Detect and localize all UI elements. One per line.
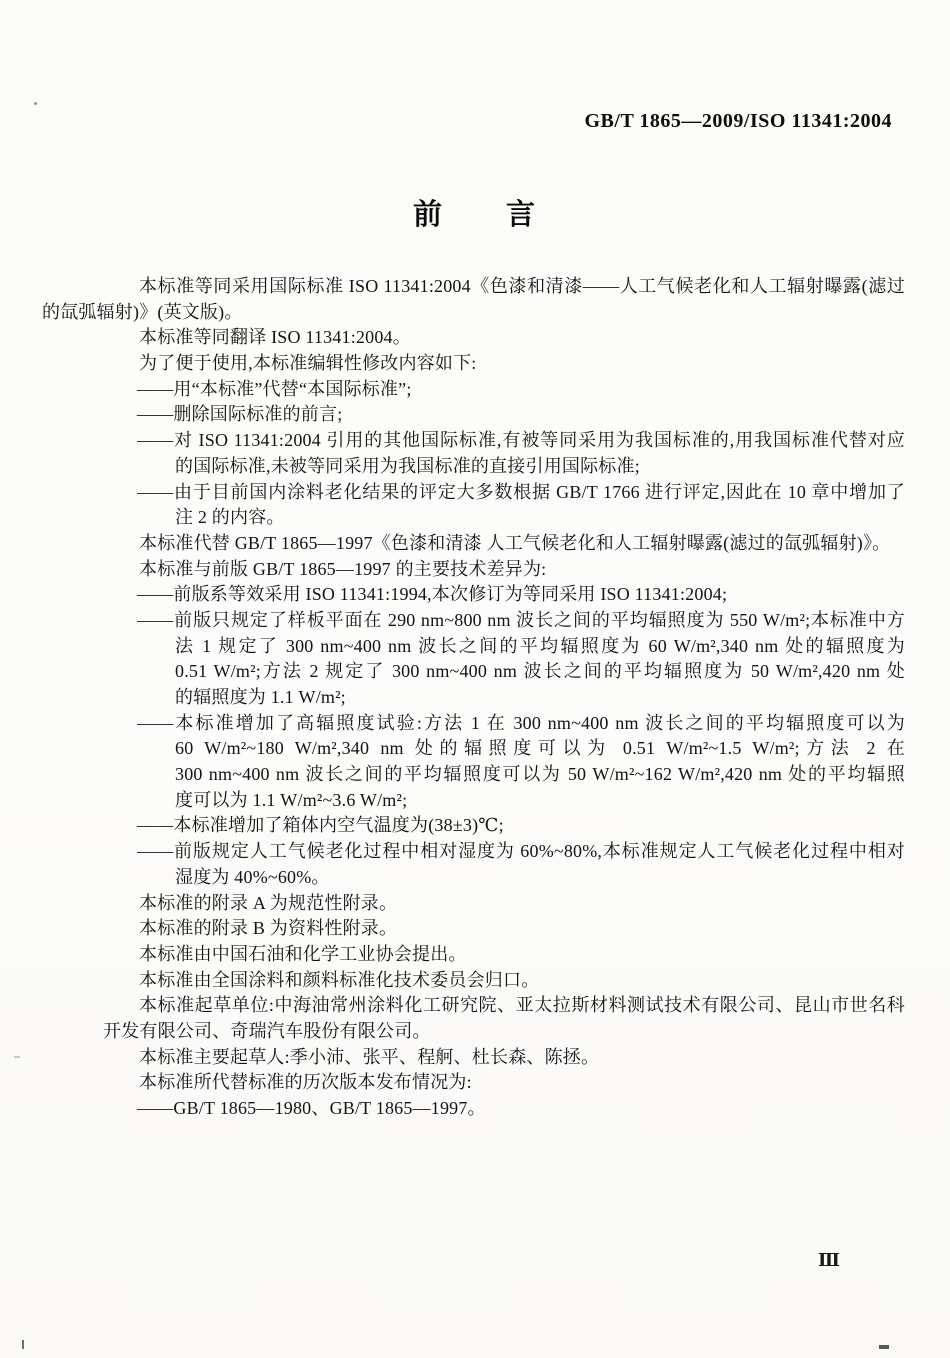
text-line: 本标准与前版 GB/T 1865—1997 的主要技术差异为: — [139, 557, 905, 583]
text-line: 本标准起草单位:中海油常州涂料化工研究院、亚太拉斯材料测试技术有限公司、昆山市世… — [139, 993, 905, 1019]
text-line: ——前版系等效采用 ISO 11341:1994,本次修订为等同采用 ISO 1… — [137, 582, 905, 608]
text-line: 注 2 的内容。 — [175, 505, 905, 531]
scanned-page: GB/T 1865—2009/ISO 11341:2004 前 言 本标准等同采… — [0, 0, 950, 1358]
foreword-body: 本标准等同采用国际标准 ISO 11341:2004《色漆和清漆——人工气候老化… — [103, 274, 905, 1122]
text-line: ——本标准增加了高辐照度试验:方法 1 在 300 nm~400 nm 波长之间… — [137, 711, 905, 737]
text-line: 300 nm~400 nm 波长之间的平均辐照度可以为 50 W/m²~162 … — [175, 762, 905, 788]
text-line: 本标准的附录 A 为规范性附录。 — [139, 891, 905, 917]
text-line: 本标准所代替标准的历次版本发布情况为: — [139, 1070, 905, 1096]
text-line: ——删除国际标准的前言; — [137, 402, 905, 428]
scan-speck — [879, 1345, 889, 1349]
text-line: ——由于目前国内涂料老化结果的评定大多数根据 GB/T 1766 进行评定,因此… — [137, 480, 905, 506]
text-line: 度可以为 1.1 W/m²~3.6 W/m²; — [175, 788, 905, 814]
text-line: 为了便于使用,本标准编辑性修改内容如下: — [139, 351, 905, 377]
text-line: 的国际标准,未被等同采用为我国标准的直接引用国际标准; — [175, 454, 905, 480]
text-line: 湿度为 40%~60%。 — [175, 865, 905, 891]
text-line: 本标准的附录 B 为资料性附录。 — [139, 916, 905, 942]
text-line: 的辐照度为 1.1 W/m²; — [175, 685, 905, 711]
text-line: 60 W/m²~180 W/m²,340 nm 处的辐照度可以为 0.51 W/… — [175, 736, 905, 762]
text-line: 本标准等同采用国际标准 ISO 11341:2004《色漆和清漆——人工气候老化… — [139, 274, 905, 300]
text-line: 本标准由全国涂料和颜料标准化技术委员会归口。 — [139, 968, 905, 994]
text-line: 法 1 规定了 300 nm~400 nm 波长之间的平均辐照度为 60 W/m… — [175, 634, 905, 660]
scan-speck — [14, 1056, 20, 1058]
page-number: Ⅲ — [818, 1250, 840, 1271]
text-line: 本标准主要起草人:季小沛、张平、程舸、杜长森、陈拯。 — [139, 1045, 905, 1071]
text-line: ——对 ISO 11341:2004 引用的其他国际标准,有被等同采用为我国标准… — [137, 428, 905, 454]
text-line: ——前版只规定了样板平面在 290 nm~800 nm 波长之间的平均辐照度为 … — [137, 608, 905, 634]
text-line: ——前版规定人工气候老化过程中相对湿度为 60%~80%,本标准规定人工气候老化… — [137, 839, 905, 865]
text-line: 的氙弧辐射)》(英文版)。 — [42, 300, 905, 326]
scan-speck — [34, 102, 37, 105]
text-line: 0.51 W/m²;方法 2 规定了 300 nm~400 nm 波长之间的平均… — [175, 659, 905, 685]
text-line: ——用“本标准”代替“本国际标准”; — [137, 377, 905, 403]
text-line: 本标准代替 GB/T 1865—1997《色漆和清漆 人工气候老化和人工辐射曝露… — [139, 531, 905, 557]
text-line: ——本标准增加了箱体内空气温度为(38±3)℃; — [137, 813, 905, 839]
standard-code-header: GB/T 1865—2009/ISO 11341:2004 — [584, 110, 892, 133]
text-line: 开发有限公司、奇瑞汽车股份有限公司。 — [103, 1019, 905, 1045]
text-line: ——GB/T 1865—1980、GB/T 1865—1997。 — [137, 1096, 905, 1122]
page-title: 前 言 — [0, 192, 950, 233]
text-line: 本标准由中国石油和化学工业协会提出。 — [139, 942, 905, 968]
scan-speck — [22, 1340, 24, 1349]
text-line: 本标准等同翻译 ISO 11341:2004。 — [139, 325, 905, 351]
